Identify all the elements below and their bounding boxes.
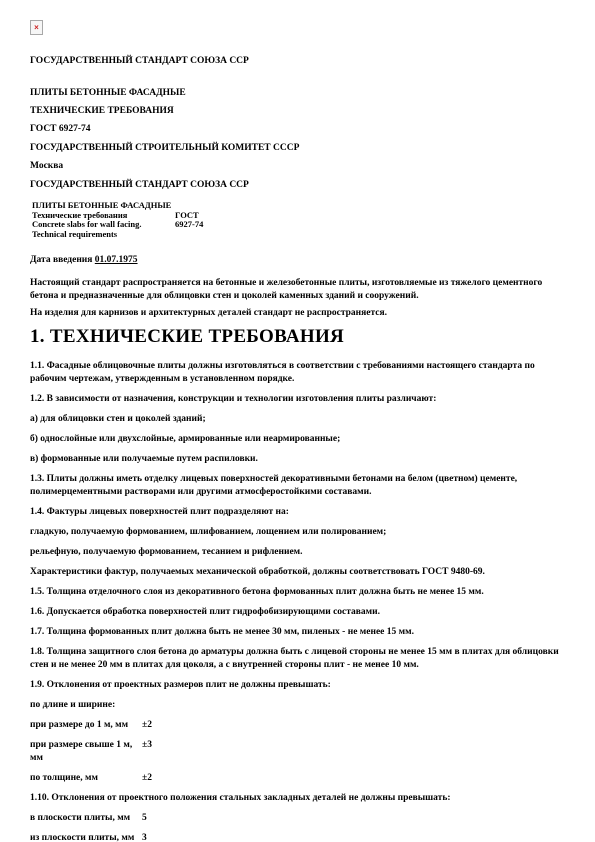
clause-1-10: 1.10. Отклонения от проектного положения…	[30, 792, 565, 805]
clause-1-9: 1.9. Отклонения от проектных размеров пл…	[30, 679, 565, 692]
tolerance-row-label: при размере свыше 1 м, мм	[30, 739, 142, 765]
tolerance-row-label: при размере до 1 м, мм	[30, 719, 142, 732]
deviation-row-value: 3	[142, 832, 147, 842]
tolerance-row-under-1m: при размере до 1 м, мм ±2	[30, 719, 565, 732]
tolerance-row-value: ±3	[142, 739, 152, 765]
section-1-heading: 1. ТЕХНИЧЕСКИЕ ТРЕБОВАНИЯ	[30, 326, 565, 348]
clause-1-3: 1.3. Плиты должны иметь отделку лицевых …	[30, 473, 565, 499]
header-doc-subtitle: ТЕХНИЧЕСКИЕ ТРЕБОВАНИЯ	[30, 105, 565, 117]
deviation-row-out-of-plane: из плоскости плиты, мм 3	[30, 832, 565, 842]
header-city: Москва	[30, 160, 565, 172]
header-standard-title-repeat: ГОСУДАРСТВЕННЫЙ СТАНДАРТ СОЮЗА ССР	[30, 179, 565, 191]
clause-1-7: 1.7. Толщина формованных плит должна быт…	[30, 626, 565, 639]
deviation-row-in-plane: в плоскости плиты, мм 5	[30, 812, 565, 825]
effective-date-link[interactable]: 01.07.1975	[95, 255, 138, 265]
broken-image-icon: ×	[30, 20, 43, 35]
clause-1-6: 1.6. Допускается обработка поверхностей …	[30, 606, 565, 619]
deviation-row-label: в плоскости плиты, мм	[30, 812, 142, 825]
intro-paragraph-scope: Настоящий стандарт распространяется на б…	[30, 277, 565, 303]
clause-1-1: 1.1. Фасадные облицовочные плиты должны …	[30, 360, 565, 386]
intro-paragraph-exclusion: На изделия для карнизов и архитектурных …	[30, 307, 565, 320]
clause-1-4-relief-texture: рельефную, получаемую формованием, тесан…	[30, 546, 565, 559]
broken-image-x-glyph: ×	[34, 24, 39, 32]
tolerance-row-value: ±2	[142, 772, 152, 785]
clause-1-2: 1.2. В зависимости от назначения, констр…	[30, 393, 565, 406]
clause-1-4: 1.4. Фактуры лицевых поверхностей плит п…	[30, 506, 565, 519]
title-block-right-column: ГОСТ 6927-74	[175, 211, 565, 240]
clause-1-2-item-a: а) для облицовки стен и цоколей зданий;	[30, 413, 565, 426]
title-block-left-column: Технические требования Concrete slabs fo…	[32, 211, 175, 240]
title-block-gost-number: 6927-74	[175, 220, 565, 230]
clause-1-8: 1.8. Толщина защитного слоя бетона до ар…	[30, 646, 565, 672]
title-block-gost-label: ГОСТ	[175, 211, 565, 221]
tolerance-row-over-1m: при размере свыше 1 м, мм ±3	[30, 739, 565, 765]
title-block-en-subtitle: Technical requirements	[32, 230, 175, 240]
tolerance-row-value: ±2	[142, 719, 152, 732]
clause-1-5: 1.5. Толщина отделочного слоя из декорат…	[30, 586, 565, 599]
header-standard-title: ГОСУДАРСТВЕННЫЙ СТАНДАРТ СОЮЗА ССР	[30, 55, 565, 67]
tolerance-row-label: по толщине, мм	[30, 772, 142, 785]
header-committee: ГОСУДАРСТВЕННЫЙ СТРОИТЕЛЬНЫЙ КОМИТЕТ ССС…	[30, 142, 565, 154]
deviation-row-label: из плоскости плиты, мм	[30, 832, 142, 842]
tolerance-row-thickness: по толщине, мм ±2	[30, 772, 565, 785]
clause-1-9-dimension-note: по длине и ширине:	[30, 699, 565, 712]
deviation-row-value: 5	[142, 812, 147, 825]
header-gost-number: ГОСТ 6927-74	[30, 123, 565, 135]
clause-1-2-item-v: в) формованные или получаемые путем расп…	[30, 453, 565, 466]
clause-1-4-smooth-texture: гладкую, получаемую формованием, шлифова…	[30, 526, 565, 539]
title-block: ПЛИТЫ БЕТОННЫЕ ФАСАДНЫЕ Технические треб…	[30, 201, 565, 239]
document-page: × ГОСУДАРСТВЕННЫЙ СТАНДАРТ СОЮЗА ССР ПЛИ…	[0, 0, 595, 842]
header-doc-title: ПЛИТЫ БЕТОННЫЕ ФАСАДНЫЕ	[30, 87, 565, 99]
clause-1-4-texture-note: Характеристики фактур, получаемых механи…	[30, 566, 565, 579]
effective-date-line: Дата введения 01.07.1975	[30, 254, 565, 267]
effective-date-label: Дата введения	[30, 255, 95, 265]
clause-1-2-item-b: б) однослойные или двухслойные, армирова…	[30, 433, 565, 446]
